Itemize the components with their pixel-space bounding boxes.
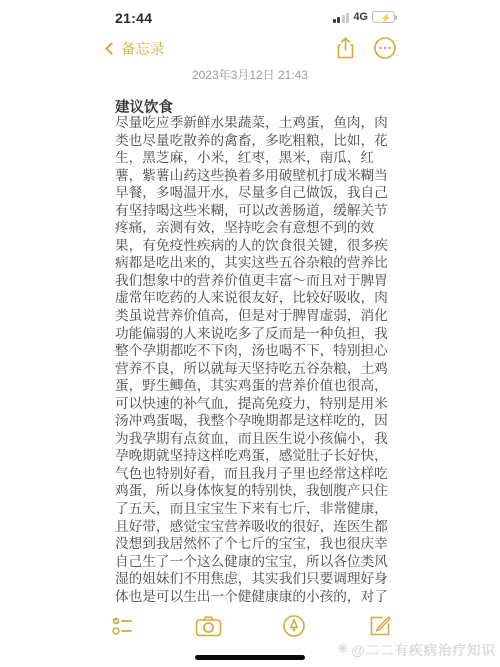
camera-button[interactable] — [194, 612, 222, 640]
note-body-line: 自己生了一个这么健康的宝宝，所以各位类风 — [115, 553, 393, 571]
watermark-logo-icon: ✳ — [337, 641, 349, 657]
note-body-line: 鸡蛋，所以身体恢复的特别快，我刨腹产只住 — [115, 482, 393, 500]
status-bar-right: 4G ⚡ — [333, 11, 395, 23]
note-body-line: 湿的姐妹们不用焦虑，其实我们只要调理好身 — [115, 570, 393, 588]
note-body-line: 且好带，感觉宝宝营养吸收的很好，连医生都 — [115, 518, 393, 536]
chevron-left-icon — [105, 42, 118, 55]
note-body-line: 类也尽量吃散养的禽畜，多吃粗粮，比如，花 — [115, 132, 393, 150]
note-body-line: 整个孕期都吃不下肉，汤也喝不下，特别担心 — [115, 342, 393, 360]
bottom-toolbar — [0, 612, 500, 642]
back-button[interactable]: 备忘录 — [105, 38, 165, 59]
note-body[interactable]: 尽量吃应季新鲜水果蔬菜，土鸡蛋，鱼肉，肉类也尽量吃散养的禽畜，多吃粗粮，比如，花… — [115, 114, 393, 605]
more-icon — [373, 36, 397, 60]
network-type-label: 4G — [353, 11, 368, 23]
note-body-line: 病都是吃出来的，其实这些五谷杂粮的营养比 — [115, 254, 393, 272]
note-body-line: 可以快速的补气血，提高免疫力，特别是用米 — [115, 395, 393, 413]
battery-charging-icon: ⚡ — [372, 11, 395, 23]
note-body-line: 了五天，而且宝宝生下来有七斤，非常健康， — [115, 500, 393, 518]
note-body-line: 早餐，多喝温开水，尽量多自己做饭，我自己 — [115, 184, 393, 202]
note-body-line: 孕晚期就坚持这样吃鸡蛋，感觉肚子长好快， — [115, 447, 393, 465]
notes-app-screen: 21:44 4G ⚡ 备忘录 — [0, 0, 500, 667]
note-body-line: 体也是可以生出一个健健康康的小孩的，对了 — [115, 588, 393, 606]
note-date: 2023年3月12日 21:43 — [0, 66, 500, 83]
note-body-line: 生，黑芝麻，小米，红枣，黑米，南瓜，红 — [115, 149, 393, 167]
note-body-line: 虚常年吃药的人来说很友好，比较好吸收，肉 — [115, 289, 393, 307]
share-icon — [335, 36, 356, 60]
watermark: ✳ @二二有疾病治疗知识 — [337, 639, 496, 659]
markup-button[interactable] — [280, 612, 308, 640]
note-body-line: 薯，紫薯山药这些换着多用破壁机打成米糊当 — [115, 167, 393, 185]
more-button[interactable] — [373, 36, 397, 60]
note-body-line: 为我孕期有点贫血，而且医生说小孩偏小，我 — [115, 430, 393, 448]
status-time: 21:44 — [115, 10, 152, 26]
compose-button[interactable] — [366, 612, 394, 640]
back-button-label: 备忘录 — [121, 38, 165, 59]
share-button[interactable] — [335, 36, 356, 60]
note-body-line: 类虽说营养价值高，但是对于脾胃虚弱，消化 — [115, 307, 393, 325]
note-body-line: 没想到我居然怀了个七斤的宝宝，我也很庆幸 — [115, 535, 393, 553]
nav-bar: 备忘录 — [105, 36, 397, 64]
watermark-text: @二二有疾病治疗知识 — [351, 639, 496, 659]
note-body-line: 疼痛，亲测有效，坚持吃会有意想不到的效 — [115, 219, 393, 237]
note-body-line: 蛋，野生鲫鱼，其实鸡蛋的营养价值也很高， — [115, 377, 393, 395]
checklist-button[interactable] — [109, 612, 137, 640]
note-body-line: 尽量吃应季新鲜水果蔬菜，土鸡蛋，鱼肉，肉 — [115, 114, 393, 132]
note-body-line: 功能偏弱的人来说吃多了反而是一种负担，我 — [115, 325, 393, 343]
compose-icon — [368, 614, 392, 638]
camera-icon — [195, 615, 222, 637]
signal-icon — [333, 12, 350, 23]
note-body-line: 有坚持喝这些米糊，可以改善肠道，缓解关节 — [115, 202, 393, 220]
status-bar: 21:44 4G ⚡ — [105, 8, 395, 28]
note-body-line: 汤冲鸡蛋喝，我整个孕晚期都是这样吃的，因 — [115, 412, 393, 430]
markup-icon — [282, 614, 306, 638]
home-indicator[interactable] — [195, 655, 305, 660]
note-body-line: 营养不良，所以就每天坚持吃五谷杂粮，土鸡 — [115, 360, 393, 378]
note-body-line: 果，有免疫性疾病的人的饮食很关键，很多疾 — [115, 237, 393, 255]
note-body-line: 我们想象中的营养价值更丰富～而且对于脾胃 — [115, 272, 393, 290]
checklist-icon — [111, 615, 135, 637]
note-body-line: 气色也特别好看，而且我月子里也经常这样吃 — [115, 465, 393, 483]
